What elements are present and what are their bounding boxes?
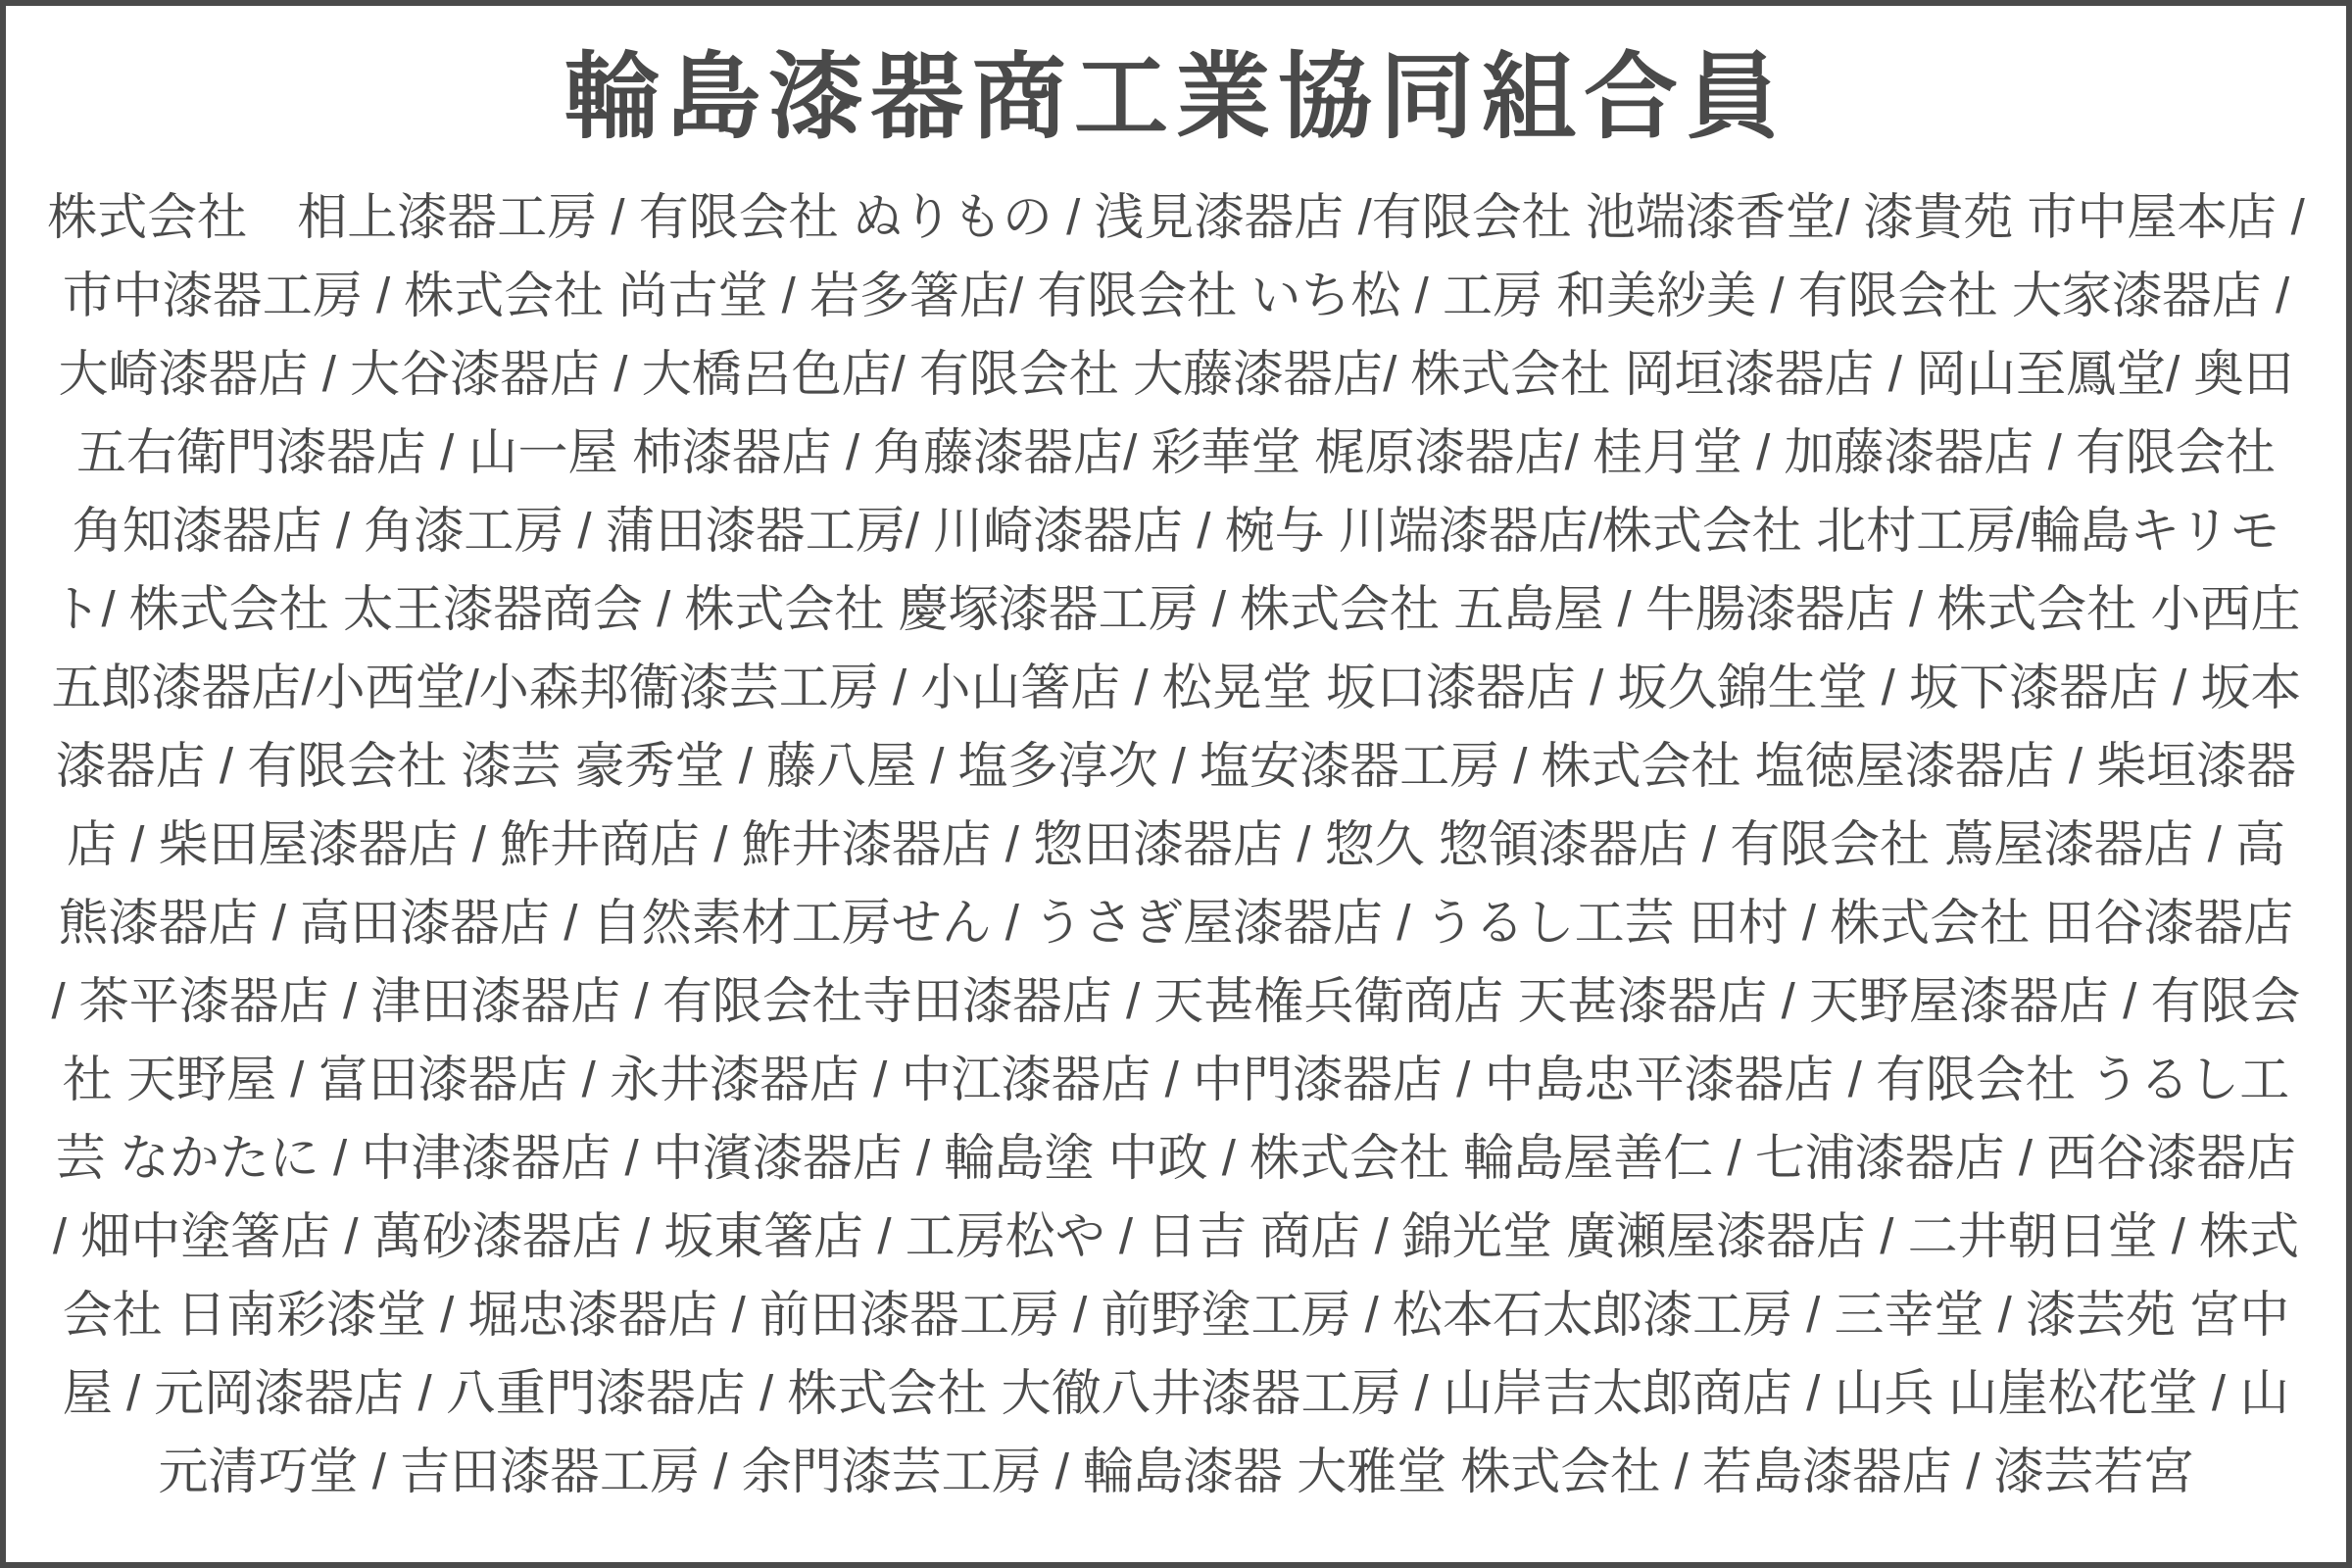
member-list-line: 角知漆器店 / 角漆工房 / 蒲田漆器工房/ 川崎漆器店 / 椀与 川端漆器店/…	[33, 492, 2319, 570]
member-list-line: 熊漆器店 / 高田漆器店 / 自然素材工房せん / うさぎ屋漆器店 / うるし工…	[33, 884, 2319, 962]
member-list-line: 元清巧堂 / 吉田漆器工房 / 余門漆芸工房 / 輪島漆器 大雅堂 株式会社 /…	[33, 1433, 2319, 1511]
member-list-line: 漆器店 / 有限会社 漆芸 豪秀堂 / 藤八屋 / 塩多淳次 / 塩安漆器工房 …	[33, 727, 2319, 806]
member-list-line: 株式会社 相上漆器工房 / 有限会社 ぬりもの / 浅見漆器店 /有限会社 池端…	[33, 178, 2319, 257]
member-list-line: 五郎漆器店/小西堂/小森邦衞漆芸工房 / 小山箸店 / 松晃堂 坂口漆器店 / …	[33, 649, 2319, 727]
member-list-line: 市中漆器工房 / 株式会社 尚古堂 / 岩多箸店/ 有限会社 いち松 / 工房 …	[33, 257, 2319, 335]
member-list-line: 会社 日南彩漆堂 / 堀忠漆器店 / 前田漆器工房 / 前野塗工房 / 松本石太…	[33, 1276, 2319, 1354]
member-list-line: ト/ 株式会社 太王漆器商会 / 株式会社 慶塚漆器工房 / 株式会社 五島屋 …	[33, 570, 2319, 649]
member-list-line: 店 / 柴田屋漆器店 / 鮓井商店 / 鮓井漆器店 / 惣田漆器店 / 惣久 惣…	[33, 806, 2319, 884]
member-list-line: 社 天野屋 / 富田漆器店 / 永井漆器店 / 中江漆器店 / 中門漆器店 / …	[33, 1041, 2319, 1119]
document: 輪島漆器商工業協同組合員 株式会社 相上漆器工房 / 有限会社 ぬりもの / 浅…	[0, 0, 2352, 1568]
member-list-line: 芸 なかたに / 中津漆器店 / 中濱漆器店 / 輪島塗 中政 / 株式会社 輪…	[33, 1119, 2319, 1198]
member-list-line: / 茶平漆器店 / 津田漆器店 / 有限会社寺田漆器店 / 天甚権兵衛商店 天甚…	[33, 962, 2319, 1041]
member-list-line: 大崎漆器店 / 大谷漆器店 / 大橋呂色店/ 有限会社 大藤漆器店/ 株式会社 …	[33, 335, 2319, 414]
member-list-line: 五右衛門漆器店 / 山一屋 柿漆器店 / 角藤漆器店/ 彩華堂 梶原漆器店/ 桂…	[33, 414, 2319, 492]
member-list-line: / 畑中塗箸店 / 萬砂漆器店 / 坂東箸店 / 工房松や / 日吉 商店 / …	[33, 1198, 2319, 1276]
page-title: 輪島漆器商工業協同組合員	[564, 39, 1788, 157]
member-list-line: 屋 / 元岡漆器店 / 八重門漆器店 / 株式会社 大徹八井漆器工房 / 山岸吉…	[33, 1354, 2319, 1433]
member-list: 株式会社 相上漆器工房 / 有限会社 ぬりもの / 浅見漆器店 /有限会社 池端…	[33, 178, 2319, 1511]
